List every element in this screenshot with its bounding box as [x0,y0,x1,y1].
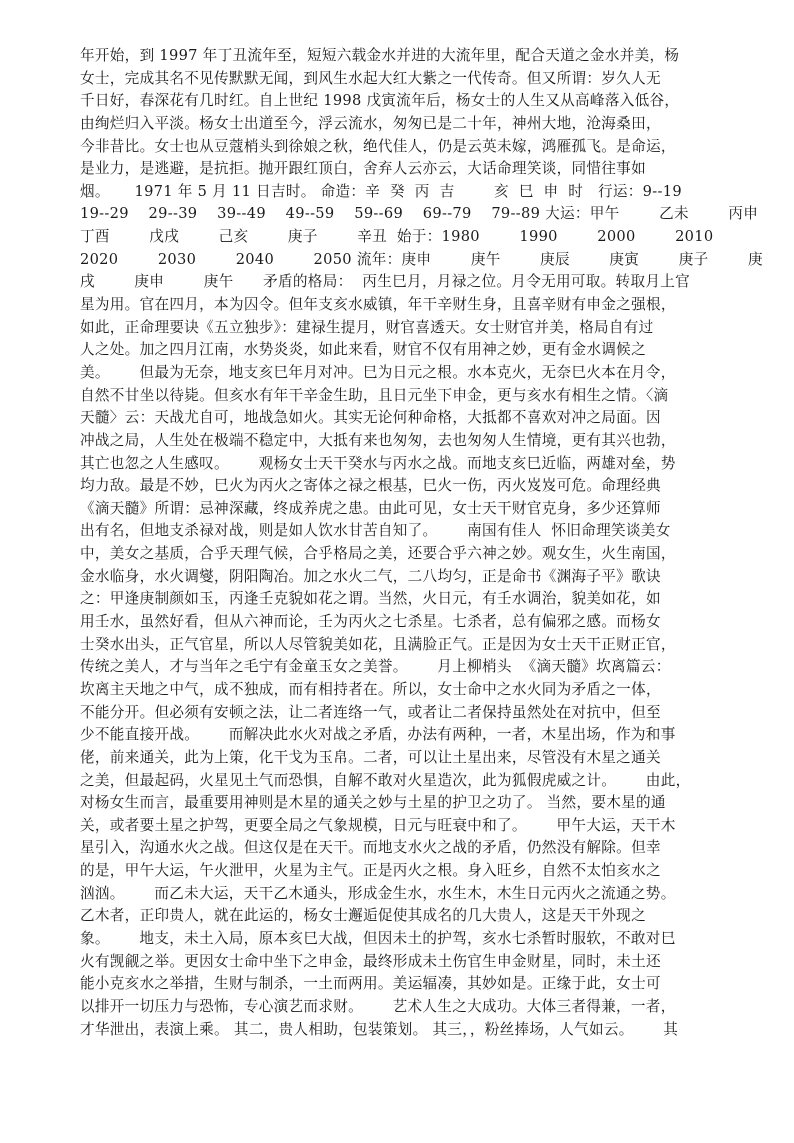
text-line: 如此，正命理要诀《五立独步》：建禄生提月，财官喜透天。女士财官并美，格局自有过 [80,317,700,340]
text-line: 不能分开。但必须有安顿之法，让二者连络一气，或者让二者保持虽然处在对抗中，但至 [80,702,700,725]
text-line: 戌 庚申 庚午 矛盾的格局： 丙生巳月，月禄之位。月令无用可取。转取月上官 [80,271,700,294]
text-line: 士癸水出头，正气官星，所以人尽管貌美如花，且满脸正气。正是因为女士天干正财正官， [80,634,700,657]
text-line: 之美，但最起码，火星见土气而恐惧，自解不敢对火星造次，此为狐假虎威之计。 由此， [80,770,700,793]
text-line: 少不能直接开战。 而解决此水火对战之矛盾，办法有两种，一者，木星出场，作为和事 [80,724,700,747]
text-line: 才华泄出，表演上乘。 其二，贵人相助，包装策划。 其三，，粉丝捧场，人气如云。 … [80,1019,700,1042]
document-page: 年开始，到 1997 年丁丑流年至，短短六载金水并进的大流年里，配合天道之金水并… [0,0,794,1143]
text-line: 冲战之局，人生处在极端不稳定中，大抵有来也匆匆，去也匆匆人生情境，更有其兴也勃， [80,430,700,453]
text-line: 丁酉 戊戌 己亥 庚子 辛丑 始于：1980 1990 2000 2010 [80,226,700,249]
text-line: 金水临身，水火调燮，阴阳陶冶。加之水火二气，二八均匀，正是命书《渊海子平》歌诀 [80,566,700,589]
text-line: 关，或者要土星之护驾，更要全局之气象规模，日元与旺衰中和了。 甲午大运，天干木 [80,815,700,838]
text-line: 人之处。加之四月江南，水势炎炎，如此来看，财官不仅有用神之妙，更有金水调候之 [80,339,700,362]
text-line: 年开始，到 1997 年丁丑流年至，短短六载金水并进的大流年里，配合天道之金水并… [80,45,700,68]
text-line: 女士，完成其名不见传默默无闻，到风生水起大红大紫之一代传奇。但又所谓：岁久人无 [80,68,700,91]
text-line: 以排开一切压力与恐怖，专心演艺而求财。 艺术人生之大成功。大体三者得兼，一者， [80,996,700,1019]
text-line: 的是，甲午大运，午火泄甲，火星为主气。正是丙火之根。身入旺乡，自然不太怕亥水之 [80,860,700,883]
text-line: 自然不甘坐以待毙。但亥水有年干辛金生助，且日元坐下申金，更与亥水有相生之情。〈滴 [80,385,700,408]
text-line: 出有名，但地支杀禄对战，则是如人饮水甘苦自知了。 南国有佳人 怀旧命理笑谈美女 [80,520,700,543]
text-line: 用壬水，虽然好看，但从六神而论，壬为丙火之七杀星。七杀者，总有偏邪之感。而杨女 [80,611,700,634]
text-line: 能小克亥水之举措，生财与制杀，一土而两用。美运辐凑，其妙如是。正缘于此，女士可 [80,973,700,996]
text-line: 天髓〉云：天战尤自可，地战急如火。其实无论何种命格，大抵都不喜欢对冲之局面。因 [80,407,700,430]
text-line: 千日好，春深花有几时红。自上世纪 1998 戊寅流年后，杨女士的人生又从高峰落入… [80,90,700,113]
text-line: 佬，前来通关，此为上策，化干戈为玉帛。二者，可以让土星出来，尽管没有木星之通关 [80,747,700,770]
text-line: 象。 地支，未土入局，原本亥巳大战，但因未土的护驾，亥水七杀暂时服软，不敢对巳 [80,928,700,951]
text-line: 星引入，沟通水火之战。但这仅是在天干。而地支水火之战的矛盾，仍然没有解除。但幸 [80,837,700,860]
text-line: 烟。 1971 年 5 月 11 日吉时。 命造：辛 癸 丙 吉 亥 巳 申 时… [80,181,700,204]
text-line: 今非昔比。女士也从豆蔻梢头到徐娘之秋，绝代佳人，仍是云英未嫁，鸿雁孤飞。是命运， [80,136,700,159]
text-line: 是业力，是逃避，是抗拒。抛开跟红顶白，舍弃人云亦云，大话命理笑谈，同惜往事如 [80,158,700,181]
text-line: 传统之美人，才与当年之毛宁有金童玉女之美誉。 月上柳梢头 《滴天髓》坎离篇云： [80,656,700,679]
text-line: 中，美女之基质，合乎天理气候，合乎格局之美，还要合乎六神之妙。观女生，火生南国， [80,543,700,566]
text-line: 2020 2030 2040 2050 流年：庚申 庚午 庚辰 庚寅 庚子 庚 [80,249,700,272]
text-line: 坎离主天地之中气，成不独成，而有相持者在。所以，女士命中之水火同为矛盾之一体， [80,679,700,702]
text-line: 火有觊觎之举。更因女士命中坐下之申金，最终形成未土伤官生申金财星，同时，未土还 [80,951,700,974]
text-line: 均力敌。最是不妙，巳火为丙火之寄体之禄之根基，巳火一伤，丙火岌岌可危。命理经典 [80,475,700,498]
text-line: 乙木者，正印贵人，就在此运的，杨女士邂逅促使其成名的几大贵人，这是天干外现之 [80,905,700,928]
text-line: 《滴天髓》所谓：忌神深藏，终成养虎之患。由此可见，女士天干财官克身，多少还算师 [80,498,700,521]
text-line: 19--29 29--39 39--49 49--59 59--69 69--7… [80,203,700,226]
text-line: 由绚烂归入平淡。杨女士出道至今，浮云流水，匆匆已是二十年，神州大地，沧海桑田， [80,113,700,136]
text-line: 之：甲逢庚制颜如玉，丙逢壬克貌如花之谓。当然，火日元，有壬水调治，貌美如花，如 [80,588,700,611]
text-line: 星为用。官在四月，本为囚令。但年支亥水威镇，年干辛财生身，且喜辛财有申金之强根， [80,294,700,317]
text-line: 美。 但最为无奈，地支亥巳年月对冲。巳为日元之根。水本克火，无奈巳火本在月令， [80,362,700,385]
text-line: 汹汹。 而乙未大运，天干乙木通头，形成金生水，水生木，木生日元丙火之流通之势。 [80,883,700,906]
text-line: 对杨女生而言，最重要用神则是木星的通关之妙与土星的护卫之功了。 当然，要木星的通 [80,792,700,815]
article-body: 年开始，到 1997 年丁丑流年至，短短六载金水并进的大流年里，配合天道之金水并… [80,45,700,1041]
text-line: 其亡也忽之人生感叹。 观杨女士天干癸水与丙水之战。而地支亥巳近临，两雄对垒，势 [80,453,700,476]
